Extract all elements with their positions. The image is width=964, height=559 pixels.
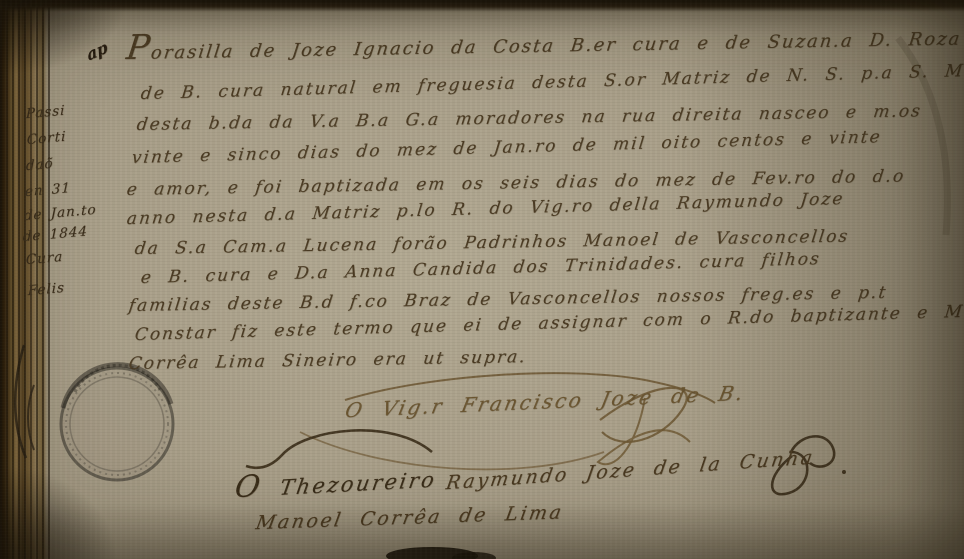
body-line: Porasilla de Joze Ignacio da Costa B.er … xyxy=(125,22,964,64)
body-line: da S.a Cam.a Lucena forão Padrinhos Mano… xyxy=(134,227,851,260)
body-line: familias deste B.d f.co Braz de Vasconce… xyxy=(128,283,889,316)
body-line: e B. cura e D.a Anna Candida dos Trinida… xyxy=(140,249,822,288)
signature-treasurer-name: Raymundo Joze de la Cunha xyxy=(444,446,816,494)
page-top-edge xyxy=(0,0,964,12)
circular-ink-stamp xyxy=(0,0,964,559)
body-line: desta b.da da V.a B.a G.a moradores na r… xyxy=(136,101,924,135)
body-line: vinte e sinco dias do mez de Jan.ro de m… xyxy=(131,127,883,168)
paper-texture xyxy=(0,0,964,559)
body-line: Corrêa Lima Sineiro era ut supra. xyxy=(128,347,528,374)
manuscript-page-scan: Passi Corti daõ en 31 de Jan.to de 1844 … xyxy=(0,0,964,559)
body-line: e amor, e foi baptizada em os seis dias … xyxy=(126,166,907,200)
annotation-mark: ap xyxy=(85,37,109,64)
body-line: de B. cura natural em freguesia desta S.… xyxy=(140,59,964,104)
body-line: Constar fiz este termo que ei de assigna… xyxy=(134,301,964,345)
scan-vignette xyxy=(0,0,964,559)
signature-treasurer-title: O Thezoureiro xyxy=(232,459,439,505)
signature-witness: Manoel Corrêa de Lima xyxy=(254,501,565,534)
book-binding-edge xyxy=(0,0,50,559)
signature-vicar: O Vig.r Francisco Joze de B. xyxy=(343,381,747,423)
signature-flourishes xyxy=(0,0,964,559)
body-line: anno nesta d.a Matriz p.lo R. do Vig.ro … xyxy=(126,189,846,229)
